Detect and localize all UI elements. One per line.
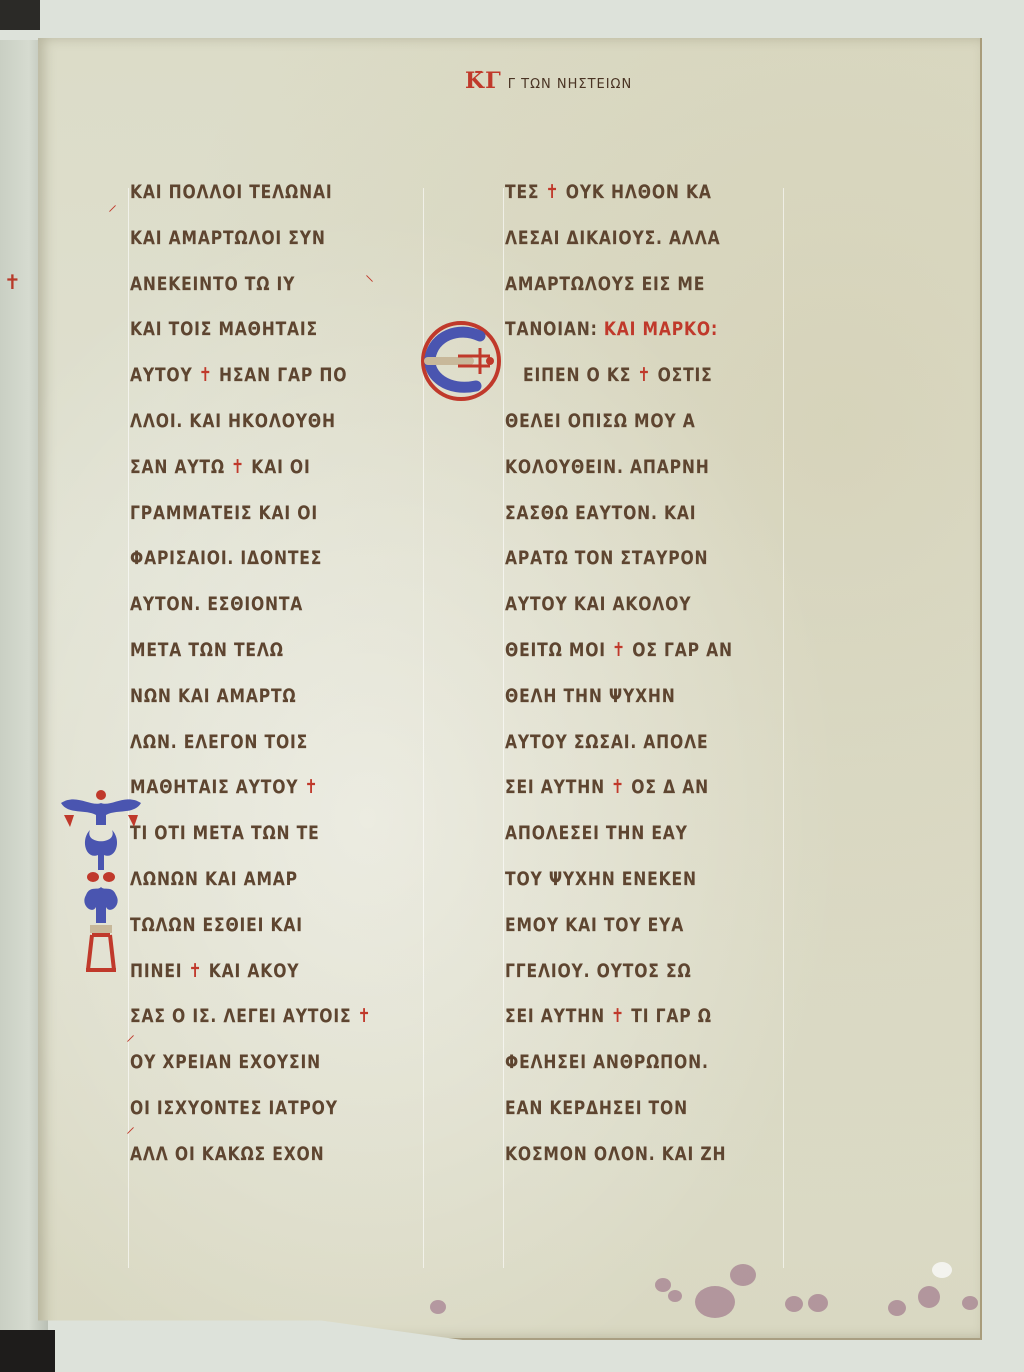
text-line: ΜΑΘΗΤΑΙΣ ΑΥΤΟΥ ✝ <box>130 765 368 811</box>
illuminated-initial-epsilon-icon <box>418 318 504 404</box>
text-line: ΟΙ ΙΣΧΥΟΝΤΕΣ ΙΑΤΡΟΥ <box>130 1086 368 1132</box>
text-line: ΑΠΟΛΕΣΕΙ ΤΗΝ ΕΑΥ <box>505 811 743 857</box>
text-segment: ΤΑΝΟΙΑΝ: <box>505 318 598 340</box>
stain <box>785 1296 803 1312</box>
lection-number: Κ̄Γ <box>465 68 502 94</box>
stain <box>808 1294 828 1312</box>
text-line: ΘΕΙΤΩ ΜΟΙ ✝ ΟΣ ΓΑΡ ΑΝ <box>505 628 743 674</box>
prev-leaf-rubric-mark: ✝ <box>4 270 21 294</box>
text-line: ΚΟΣΜΟΝ ΟΛΟΝ. ΚΑΙ ΖΗ <box>505 1132 743 1178</box>
text-line: ΣΑΣ Ο ΙΣ. ΛΕΓΕΙ ΑΥΤΟΙΣ ✝ <box>130 994 368 1040</box>
text-line: ΑΛΛ ΟΙ ΚΑΚΩΣ ΕΧΟΝ <box>130 1132 368 1178</box>
stain <box>668 1290 682 1302</box>
text-line: ΑΝΕΚΕΙΝΤΟ ΤΩ ΙΥ <box>130 262 368 308</box>
text-line: ΕΜΟΥ ΚΑΙ ΤΟΥ ΕΥΑ <box>505 903 743 949</box>
text-line: ΦΕΛΗΣΕΙ ΑΝΘΡΩΠΟΝ. <box>505 1040 743 1086</box>
text-line: ΣΕΙ ΑΥΤΗΝ ✝ ΟΣ Δ ΑΝ <box>505 765 743 811</box>
illuminated-initial-tau-icon <box>56 785 146 975</box>
margin-mark: ⸌ <box>365 270 374 294</box>
rubric-cross-icon: ✝ <box>611 1005 625 1027</box>
text-line: ΘΕΛΕΙ ΟΠΙΣΩ ΜΟΥ Α <box>505 399 743 445</box>
text-line: ΛΩΝ. ΕΛΕΓΟΝ ΤΟΙΣ <box>130 720 368 766</box>
text-line: ΑΥΤΟΥ ΣΩΣΑΙ. ΑΠΟΛΕ <box>505 720 743 766</box>
stain <box>655 1278 671 1292</box>
margin-mark: ⸍ <box>108 200 117 224</box>
stain <box>888 1300 906 1316</box>
left-column: ΚΑΙ ΠΟΛΛΟΙ ΤΕΛΩΝΑΙ ΚΑΙ ΑΜΑΡΤΩΛΟΙ ΣΥΝ ΑΝΕ… <box>130 170 420 1178</box>
text-line: ΚΑΙ ΠΟΛΛΟΙ ΤΕΛΩΝΑΙ <box>130 170 368 216</box>
stain <box>695 1286 735 1318</box>
text-line: ΑΥΤΟΥ ΚΑΙ ΑΚΟΛΟΥ <box>505 582 743 628</box>
text-line: ΣΑΝ ΑΥΤΩ ✝ ΚΑΙ ΟΙ <box>130 445 368 491</box>
text-line: ΚΑΙ ΑΜΑΡΤΩΛΟΙ ΣΥΝ <box>130 216 368 262</box>
text-line: ΛΛΟΙ. ΚΑΙ ΗΚΟΛΟΥΘΗ <box>130 399 368 445</box>
text-line: ΕΑΝ ΚΕΡΔΗΣΕΙ ΤΟΝ <box>505 1086 743 1132</box>
text-line: ΚΟΛΟΥΘΕΙΝ. ΑΠΑΡΝΗ <box>505 445 743 491</box>
stain <box>430 1300 446 1314</box>
rubric-cross-icon: ✝ <box>612 639 626 661</box>
margin-mark: ⸍ <box>126 1122 135 1146</box>
rubric-cross-icon: ✝ <box>611 776 625 798</box>
text-line: ΚΑΙ ΤΟΙΣ ΜΑΘΗΤΑΙΣ <box>130 307 368 353</box>
running-head-text: Γ ΤΩΝ ΝΗΣΤΕΙΩΝ <box>508 77 632 92</box>
rubric-segment: ΚΑΙ ΜΑΡΚΟ: <box>604 318 718 340</box>
binding-corner-top <box>0 0 40 30</box>
parchment-hole <box>932 1262 952 1278</box>
text-line: ΕΙΠΕΝ Ο ΚΣ ✝ ΟΣΤΙΣ <box>505 353 743 399</box>
rubric-cross-icon: ✝ <box>199 364 213 386</box>
text-line: ΑΡΑΤΩ ΤΟΝ ΣΤΑΥΡΟΝ <box>505 536 743 582</box>
text-line: ΜΕΤΑ ΤΩΝ ΤΕΛΩ <box>130 628 368 674</box>
text-line: ΣΑΣΘΩ ΕΑΥΤΟΝ. ΚΑΙ <box>505 491 743 537</box>
text-line: ΛΕΣΑΙ ΔΙΚΑΙΟΥΣ. ΑΛΛΑ <box>505 216 743 262</box>
margin-mark: ⸍ <box>126 1030 135 1054</box>
rubric-cross-icon: ✝ <box>546 181 560 203</box>
text-line: ΑΥΤΟΥ ✝ ΗΣΑΝ ΓΑΡ ΠΟ <box>130 353 368 399</box>
rubric-cross-icon: ✝ <box>231 456 245 478</box>
stain <box>918 1286 940 1308</box>
binding-corner-bottom <box>0 1330 55 1372</box>
text-line: ΦΑΡΙΣΑΙΟΙ. ΙΔΟΝΤΕΣ <box>130 536 368 582</box>
text-line: ΑΥΤΟΝ. ΕΣΘΙΟΝΤΑ <box>130 582 368 628</box>
ruling-line <box>128 188 129 1268</box>
stain <box>730 1264 756 1286</box>
rubric-cross-icon: ✝ <box>189 960 203 982</box>
stain <box>962 1296 978 1310</box>
text-line: ΘΕΛΗ ΤΗΝ ΨΥΧΗΝ <box>505 674 743 720</box>
text-line-with-rubric: ΤΑΝΟΙΑΝ: ΚΑΙ ΜΑΡΚΟ: <box>505 307 743 353</box>
rubric-cross-icon: ✝ <box>637 364 651 386</box>
text-line: ΟΥ ΧΡΕΙΑΝ ΕΧΟΥΣΙΝ <box>130 1040 368 1086</box>
text-line: ΤΟΥ ΨΥΧΗΝ ΕΝΕΚΕΝ <box>505 857 743 903</box>
text-line: ΤΕΣ ✝ ΟΥΚ ΗΛΘΟΝ ΚΑ <box>505 170 743 216</box>
running-head: Κ̄Γ Γ ΤΩΝ ΝΗΣΤΕΙΩΝ <box>465 68 632 94</box>
text-line: ΤΩΛΩΝ ΕΣΘΙΕΙ ΚΑΙ <box>130 903 368 949</box>
text-line: ΣΕΙ ΑΥΤΗΝ ✝ ΤΙ ΓΑΡ Ω <box>505 994 743 1040</box>
text-line: ΝΩΝ ΚΑΙ ΑΜΑΡΤΩ <box>130 674 368 720</box>
rubric-cross-icon: ✝ <box>305 776 319 798</box>
text-line: ΑΜΑΡΤΩΛΟΥΣ ΕΙΣ ΜΕ <box>505 262 743 308</box>
text-line: ΓΡΑΜΜΑΤΕΙΣ ΚΑΙ ΟΙ <box>130 491 368 537</box>
rubric-cross-icon: ✝ <box>358 1005 372 1027</box>
text-line: ΠΙΝΕΙ ✝ ΚΑΙ ΑΚΟΥ <box>130 949 368 995</box>
text-line: ΤΙ ΟΤΙ ΜΕΤΑ ΤΩΝ ΤΕ <box>130 811 368 857</box>
right-column: ΤΕΣ ✝ ΟΥΚ ΗΛΘΟΝ ΚΑ ΛΕΣΑΙ ΔΙΚΑΙΟΥΣ. ΑΛΛΑ … <box>505 170 795 1178</box>
text-line: ΛΩΝΩΝ ΚΑΙ ΑΜΑΡ <box>130 857 368 903</box>
text-line: ΓΓΕΛΙΟΥ. ΟΥΤΟΣ ΣΩ <box>505 949 743 995</box>
